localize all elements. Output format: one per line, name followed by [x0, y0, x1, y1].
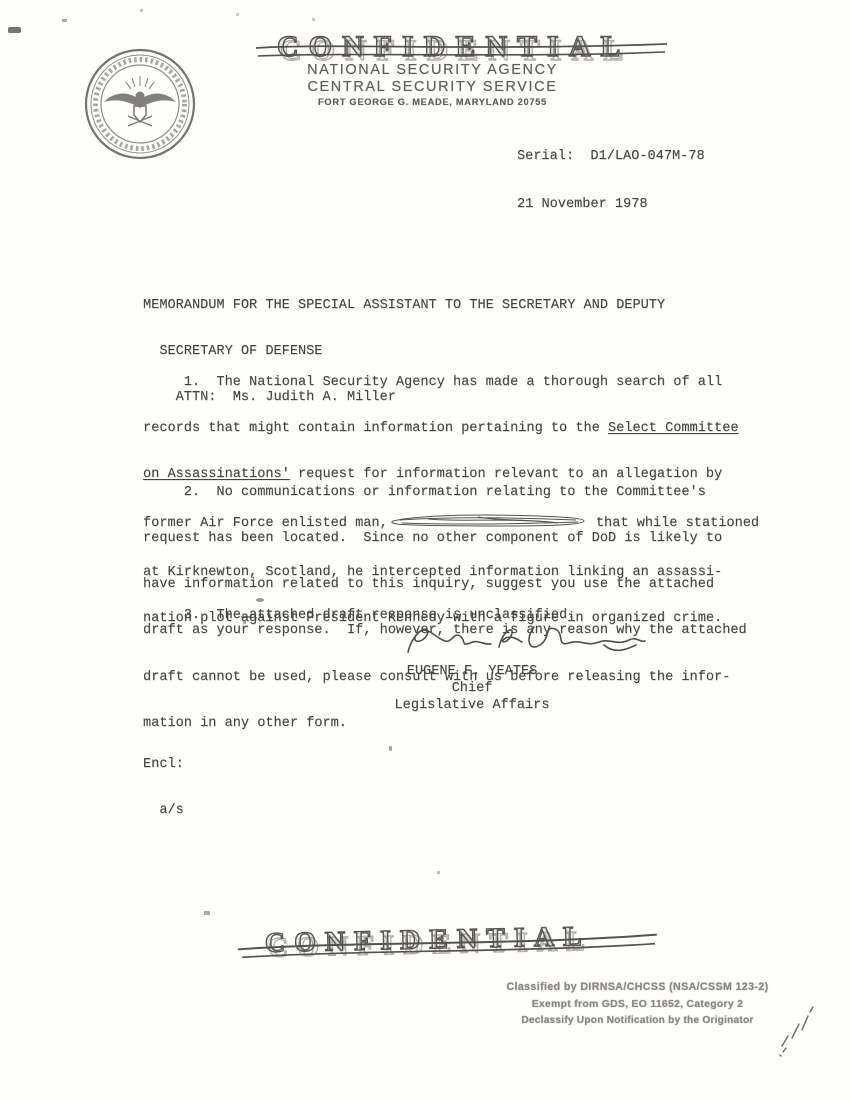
letterhead: NATIONAL SECURITY AGENCY CENTRAL SECURIT…: [270, 62, 595, 107]
text-segment: records that might contain information p…: [143, 421, 608, 436]
text-line: request has been located. Since no other…: [143, 531, 747, 546]
scan-speck: [437, 871, 440, 874]
exempt-line: Exempt from GDS, EO 11652, Category 2: [500, 999, 775, 1010]
nsa-seal: [82, 46, 198, 162]
enclosure-value: a/s: [143, 803, 184, 818]
scanned-memo-page: CONFIDENTIAL CONFIDENTIAL NA: [0, 0, 850, 1101]
declassify-line: Declassify Upon Notification by the Orig…: [500, 1015, 775, 1026]
declassification-block: Classified by DIRNSA/CHCSS (NSA/CSSM 123…: [500, 981, 775, 1026]
scan-speck: [312, 18, 315, 21]
scan-speck: [236, 13, 239, 16]
agency-name: NATIONAL SECURITY AGENCY: [270, 62, 595, 79]
reference-block: Serial: D1/LAO-047M-78 21 November 1978: [517, 118, 705, 243]
signer-office: Legislative Affairs: [342, 697, 602, 714]
classified-by-line: Classified by DIRNSA/CHCSS (NSA/CSSM 123…: [500, 981, 775, 993]
scan-speck: [204, 911, 210, 915]
document-date: 21 November 1978: [517, 197, 705, 212]
text-line: 1. The National Security Agency has made…: [143, 375, 759, 390]
text-line: records that might contain information p…: [143, 421, 759, 436]
pen-mark: [770, 1000, 825, 1065]
signature-script: [398, 616, 648, 668]
underlined-text: Select Committee: [608, 421, 739, 436]
signer-name: EUGENE F. YEATES: [342, 663, 602, 680]
agency-address: FORT GEORGE G. MEADE, MARYLAND 20755: [270, 97, 595, 107]
text-line: mation in any other form.: [143, 716, 747, 731]
bottom-confidential-stamp: CONFIDENTIAL CONFIDENTIAL: [237, 914, 658, 977]
enclosure-label: Encl:: [143, 757, 184, 772]
scan-speck: [8, 27, 21, 33]
enclosure-block: Encl: a/s: [143, 726, 184, 849]
text-line: 2. No communications or information rela…: [143, 485, 747, 500]
serial-number: Serial: D1/LAO-047M-78: [517, 149, 705, 164]
memo-heading-line: MEMORANDUM FOR THE SPECIAL ASSISTANT TO …: [143, 298, 665, 313]
scan-speck: [140, 9, 143, 12]
scan-speck: [62, 19, 67, 22]
strikethrough-lines: [237, 914, 658, 977]
service-name: CENTRAL SECURITY SERVICE: [270, 79, 595, 96]
signature-block: EUGENE F. YEATES Chief Legislative Affai…: [342, 663, 602, 715]
signer-title: Chief: [342, 680, 602, 697]
